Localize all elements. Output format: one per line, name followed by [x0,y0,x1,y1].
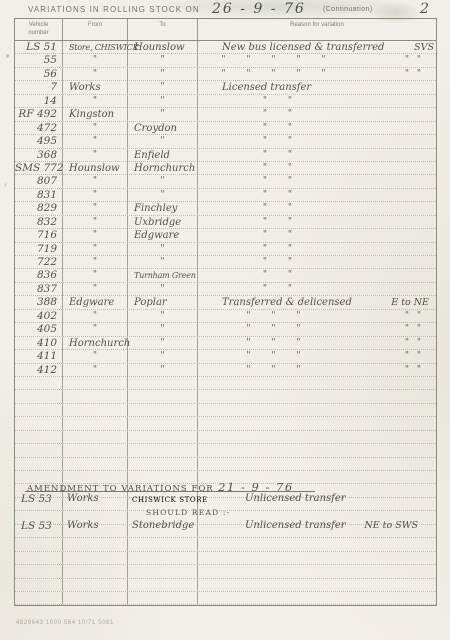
vehicle-cell [15,431,63,443]
from-cell: Hounslow [63,162,128,175]
reason-text: " " " " " [198,54,349,67]
page-number: 2 [420,1,429,17]
vehicle-cell: 7 [15,81,63,94]
to-cell [128,431,198,443]
vehicle-cell: 829 [15,202,63,215]
table-row: LS 51Store, CHISWICKHounslowNew bus lice… [15,41,436,54]
reason-text: " " [198,162,357,175]
reason-text: Transferred & delicensed [198,296,357,309]
from-cell: " [63,256,128,269]
from-cell: " [63,54,128,67]
from-cell [63,458,128,470]
table-row: 832"Uxbridge" " [15,216,436,229]
to-cell: Stonebridge [132,520,194,531]
reason-cell: " " [198,175,436,188]
vehicle-cell [15,579,63,591]
reason-cell: " " [198,229,436,242]
to-cell: " [128,68,198,81]
table-row: 837""" " [15,283,436,296]
from-cell: Kingston [63,108,128,121]
from-cell: " [63,323,128,336]
to-cell: " [128,135,198,148]
vehicle-cell: 14 [15,95,63,108]
table-row [15,431,436,444]
table-row: 411""" " "" " [15,350,436,363]
from-cell: Works [67,520,99,531]
to-cell: " [128,95,198,108]
table-row: 412""" " "" " [15,364,436,377]
reason-text: " " " " " [198,68,349,81]
reason-text [198,458,357,470]
vehicle-cell: 368 [15,149,63,162]
scanned-form-page: VARIATIONS IN ROLLING STOCK ON 26 - 9 - … [0,0,450,640]
reason-cell: " " "" " [198,350,436,363]
table-row: 836"Turnham Green" " [15,269,436,282]
from-cell: " [63,95,128,108]
table-row: 716"Edgware" " [15,229,436,242]
to-cell: " [128,189,198,202]
vehicle-cell: LS 53 [21,493,52,505]
reason-note [357,189,436,202]
vehicle-cell [15,444,63,456]
to-cell: Enfield [128,149,198,162]
table-row [15,538,436,551]
table-row: 368"Enfield" " [15,149,436,162]
reason-text: New bus licensed & transferred [198,41,384,54]
to-cell: " [128,256,198,269]
reason-text [198,404,357,416]
reason-note [357,390,436,402]
header-reason: Reason for variation [198,19,436,40]
from-cell: " [63,364,128,377]
vehicle-cell: 56 [15,68,63,81]
vehicle-cell: 832 [15,216,63,229]
reason-note [357,283,436,296]
vehicle-cell: 836 [15,269,63,282]
reason-note [357,175,436,188]
reason-cell [198,417,436,429]
reason-text [198,431,357,443]
from-cell: Edgware [63,296,128,309]
note-cell: NE to SWS [364,520,418,531]
header-to: To [128,19,198,40]
to-cell: Hounslow [128,41,198,54]
form-print-code: 4829643 1000 564 10/71 5081 [16,620,114,626]
to-cell [128,377,198,389]
from-cell: " [63,243,128,256]
reason-note: " " [349,68,436,81]
table-row: 410Hornchurch"" " "" " [15,337,436,350]
reason-text: " " [198,202,357,215]
to-cell: Poplar [128,296,198,309]
reason-cell [198,377,436,389]
from-cell [63,404,128,416]
reason-note [357,592,436,604]
from-cell [63,565,128,577]
header-vehicle-line1: Vehicle [15,22,62,30]
from-cell: " [63,350,128,363]
reason-cell: " " "" " [198,310,436,323]
reason-cell: " " "" " [198,364,436,377]
vehicle-cell: 716 [15,229,63,242]
reason-note: " " [349,350,436,363]
reason-text [198,565,357,577]
reason-note [357,404,436,416]
header-vehicle-number: Vehicle number [15,19,63,40]
to-cell [128,390,198,402]
reason-cell [198,552,436,564]
reason-note [357,149,436,162]
reason-cell: " " "" " [198,337,436,350]
reason-cell: " " " " "" " [198,68,436,81]
reason-cell: " " [198,269,436,282]
reason-cell: " " [198,162,436,175]
reason-cell [198,592,436,604]
table-row: 56""" " " " "" " [15,68,436,81]
vehicle-cell [15,417,63,429]
reason-note [357,229,436,242]
amendment-title: AMENDMENT TO VARIATIONS FOR 21 - 9 - 76 [27,478,448,492]
table-row [15,579,436,592]
from-cell: " [63,202,128,215]
reason-text: " " [198,283,357,296]
reason-cell: " " " " "" " [198,54,436,67]
reason-cell: " " [198,122,436,135]
vehicle-cell: RF 492 [15,108,63,121]
amendment-row-before: LS 53 Works CHISWICK STORE Unlicensed tr… [15,493,436,507]
from-cell: Store, CHISWICK [63,41,128,54]
table-row: 7Works"Licensed transfer [15,81,436,94]
vehicle-cell: 831 [15,189,63,202]
from-cell [63,552,128,564]
to-cell: Hornchurch [128,162,198,175]
from-cell [63,431,128,443]
variations-table: Vehicle number From To Reason for variat… [14,18,437,606]
reason-note [357,269,436,282]
reason-text [198,552,357,564]
to-cell: Turnham Green [128,269,198,282]
vehicle-cell [15,538,63,550]
vehicle-cell: 55 [15,54,63,67]
vehicle-cell [15,552,63,564]
vehicle-cell: SMS 772 [15,162,63,175]
vehicle-cell [15,404,63,416]
reason-note [357,81,436,94]
reason-cell [198,538,436,550]
to-cell: " [128,108,198,121]
reason-cell: Transferred & delicensedE to NE [198,296,436,309]
from-cell: " [63,189,128,202]
reason-note [357,135,436,148]
reason-cell [198,565,436,577]
reason-note [357,95,436,108]
vehicle-cell: 722 [15,256,63,269]
vehicle-cell: LS 51 [15,41,63,54]
vehicle-cell: 472 [15,122,63,135]
reason-text: " " [198,135,357,148]
vehicle-cell: 837 [15,283,63,296]
reason-note [357,431,436,443]
table-row: 55""" " " " "" " [15,54,436,67]
should-read-label: SHOULD READ :- [146,508,230,517]
continuation-label: (Continuation) [323,6,373,13]
reason-cell: Unlicensed transfer [245,493,346,504]
from-cell: " [63,229,128,242]
reason-cell: Unlicensed transfer [245,520,346,531]
reason-cell: " " [198,149,436,162]
reason-text: " " [198,256,357,269]
reason-note [357,162,436,175]
table-row [15,552,436,565]
reason-text [198,579,357,591]
from-cell: " [63,135,128,148]
reason-cell: " " [198,256,436,269]
reason-note: E to NE [357,296,436,309]
reason-text: " " [198,149,357,162]
reason-text: " " " [198,310,349,323]
table-row: 495""" " [15,135,436,148]
vehicle-cell [15,565,63,577]
reason-note: " " [349,323,436,336]
to-cell: " [128,364,198,377]
reason-cell [198,431,436,443]
reason-cell: " " "" " [198,323,436,336]
to-cell: Uxbridge [128,216,198,229]
reason-note: " " [349,364,436,377]
to-cell: " [128,350,198,363]
reason-text [198,444,357,456]
table-row [15,404,436,417]
reason-text: " " " [198,364,349,377]
reason-text: " " [198,175,357,188]
reason-text: " " [198,189,357,202]
vehicle-cell: 412 [15,364,63,377]
vehicle-cell [15,458,63,470]
to-cell [128,458,198,470]
from-cell: " [63,310,128,323]
from-cell: " [63,175,128,188]
table-row: RF 492Kingston"" " [15,108,436,121]
reason-note [357,552,436,564]
table-row: 402""" " "" " [15,310,436,323]
reason-note [357,243,436,256]
from-cell [63,390,128,402]
reason-text: " " [198,122,357,135]
to-cell: " [128,81,198,94]
to-cell: " [128,54,198,67]
table-row [15,417,436,430]
table-row: 807""" " [15,175,436,188]
reason-text: " " [198,229,357,242]
reason-note [357,458,436,470]
table-row [15,458,436,471]
reason-cell: " " [198,243,436,256]
vehicle-cell: 807 [15,175,63,188]
from-cell [63,579,128,591]
header-vehicle-line2: number [15,30,62,38]
reason-note [357,444,436,456]
reason-text: " " " [198,337,349,350]
reason-text: Licensed transfer [198,81,357,94]
reason-text [198,390,357,402]
form-header: VARIATIONS IN ROLLING STOCK ON 26 - 9 - … [0,0,450,18]
table-row: 722""" " [15,256,436,269]
paper-speck [4,183,7,187]
reason-cell [198,444,436,456]
to-cell: " [128,283,198,296]
form-date-handwritten: 26 - 9 - 76 [212,1,306,17]
reason-note: " " [349,54,436,67]
from-cell: " [63,122,128,135]
to-cell [128,444,198,456]
from-cell: " [63,216,128,229]
to-cell [128,565,198,577]
from-cell [63,444,128,456]
from-cell [63,538,128,550]
vehicle-cell: 410 [15,337,63,350]
table-row [15,592,436,605]
to-cell: " [128,310,198,323]
vehicle-cell: 411 [15,350,63,363]
reason-note [357,202,436,215]
vehicle-cell: 495 [15,135,63,148]
from-cell: " [63,283,128,296]
to-cell: " [128,243,198,256]
to-cell: " [128,175,198,188]
vehicle-cell [15,390,63,402]
reason-text: " " [198,269,357,282]
reason-note [357,538,436,550]
from-cell: Works [63,81,128,94]
reason-cell: New bus licensed & transferredSVS to E [198,41,436,54]
table-row: 14""" " [15,95,436,108]
reason-text: " " [198,95,357,108]
reason-cell [198,458,436,470]
table-row: 388EdgwarePoplarTransferred & delicensed… [15,296,436,309]
reason-cell: " " [198,108,436,121]
to-cell [128,552,198,564]
reason-note [357,256,436,269]
to-cell: " [128,323,198,336]
reason-cell [198,579,436,591]
reason-text: " " [198,108,357,121]
to-cell [128,404,198,416]
from-cell: Works [67,493,99,504]
table-row: 472"Croydon" " [15,122,436,135]
table-row: SMS 772HounslowHornchurch" " [15,162,436,175]
reason-cell: " " [198,202,436,215]
reason-text [198,417,357,429]
reason-text: " " " [198,323,349,336]
from-cell [63,377,128,389]
from-cell: " [63,269,128,282]
vehicle-cell: 402 [15,310,63,323]
vehicle-cell: 388 [15,296,63,309]
reason-text: " " [198,216,357,229]
to-cell: CHISWICK STORE [132,496,208,504]
reason-cell [198,390,436,402]
vehicle-cell: 719 [15,243,63,256]
reason-note [357,108,436,121]
vehicle-cell [15,377,63,389]
vehicle-cell: 405 [15,323,63,336]
to-cell [128,417,198,429]
vehicle-cell: LS 53 [21,520,52,532]
reason-cell: " " [198,216,436,229]
header-from: From [63,19,128,40]
from-cell: " [63,149,128,162]
to-cell: " [128,337,198,350]
reason-note [357,579,436,591]
from-cell [63,592,128,604]
reason-cell: " " [198,95,436,108]
reason-text [198,592,357,604]
reason-cell [198,404,436,416]
to-cell [128,579,198,591]
form-title: VARIATIONS IN ROLLING STOCK ON [28,5,200,14]
table-header-row: Vehicle number From To Reason for variat… [15,19,436,41]
to-cell: Croydon [128,122,198,135]
table-row [15,390,436,403]
reason-note [357,565,436,577]
table-row: 829"Finchley" " [15,202,436,215]
reason-note [357,377,436,389]
from-cell: Hornchurch [63,337,128,350]
reason-note: " " [349,337,436,350]
table-row: 405""" " "" " [15,323,436,336]
to-cell: Finchley [128,202,198,215]
table-row [15,565,436,578]
reason-text [198,377,357,389]
reason-text: " " " [198,350,349,363]
reason-cell: " " [198,189,436,202]
reason-cell: " " [198,135,436,148]
table-row: 719""" " [15,243,436,256]
table-row [15,444,436,457]
to-cell: Edgware [128,229,198,242]
amendment-underline [25,491,315,492]
to-cell [128,538,198,550]
table-row: 831""" " [15,189,436,202]
reason-note [357,122,436,135]
reason-note: " " [349,310,436,323]
amendment-row-after: LS 53 Works Stonebridge Unlicensed trans… [15,520,436,534]
reason-note [357,216,436,229]
reason-text: " " [198,243,357,256]
from-cell [63,417,128,429]
from-cell: " [63,68,128,81]
reason-note [357,417,436,429]
to-cell [128,592,198,604]
reason-note: SVS to E [384,41,436,54]
reason-cell: Licensed transfer [198,81,436,94]
paper-speck [6,54,9,58]
reason-cell: " " [198,283,436,296]
vehicle-cell [15,592,63,604]
reason-text [198,538,357,550]
table-row [15,377,436,390]
